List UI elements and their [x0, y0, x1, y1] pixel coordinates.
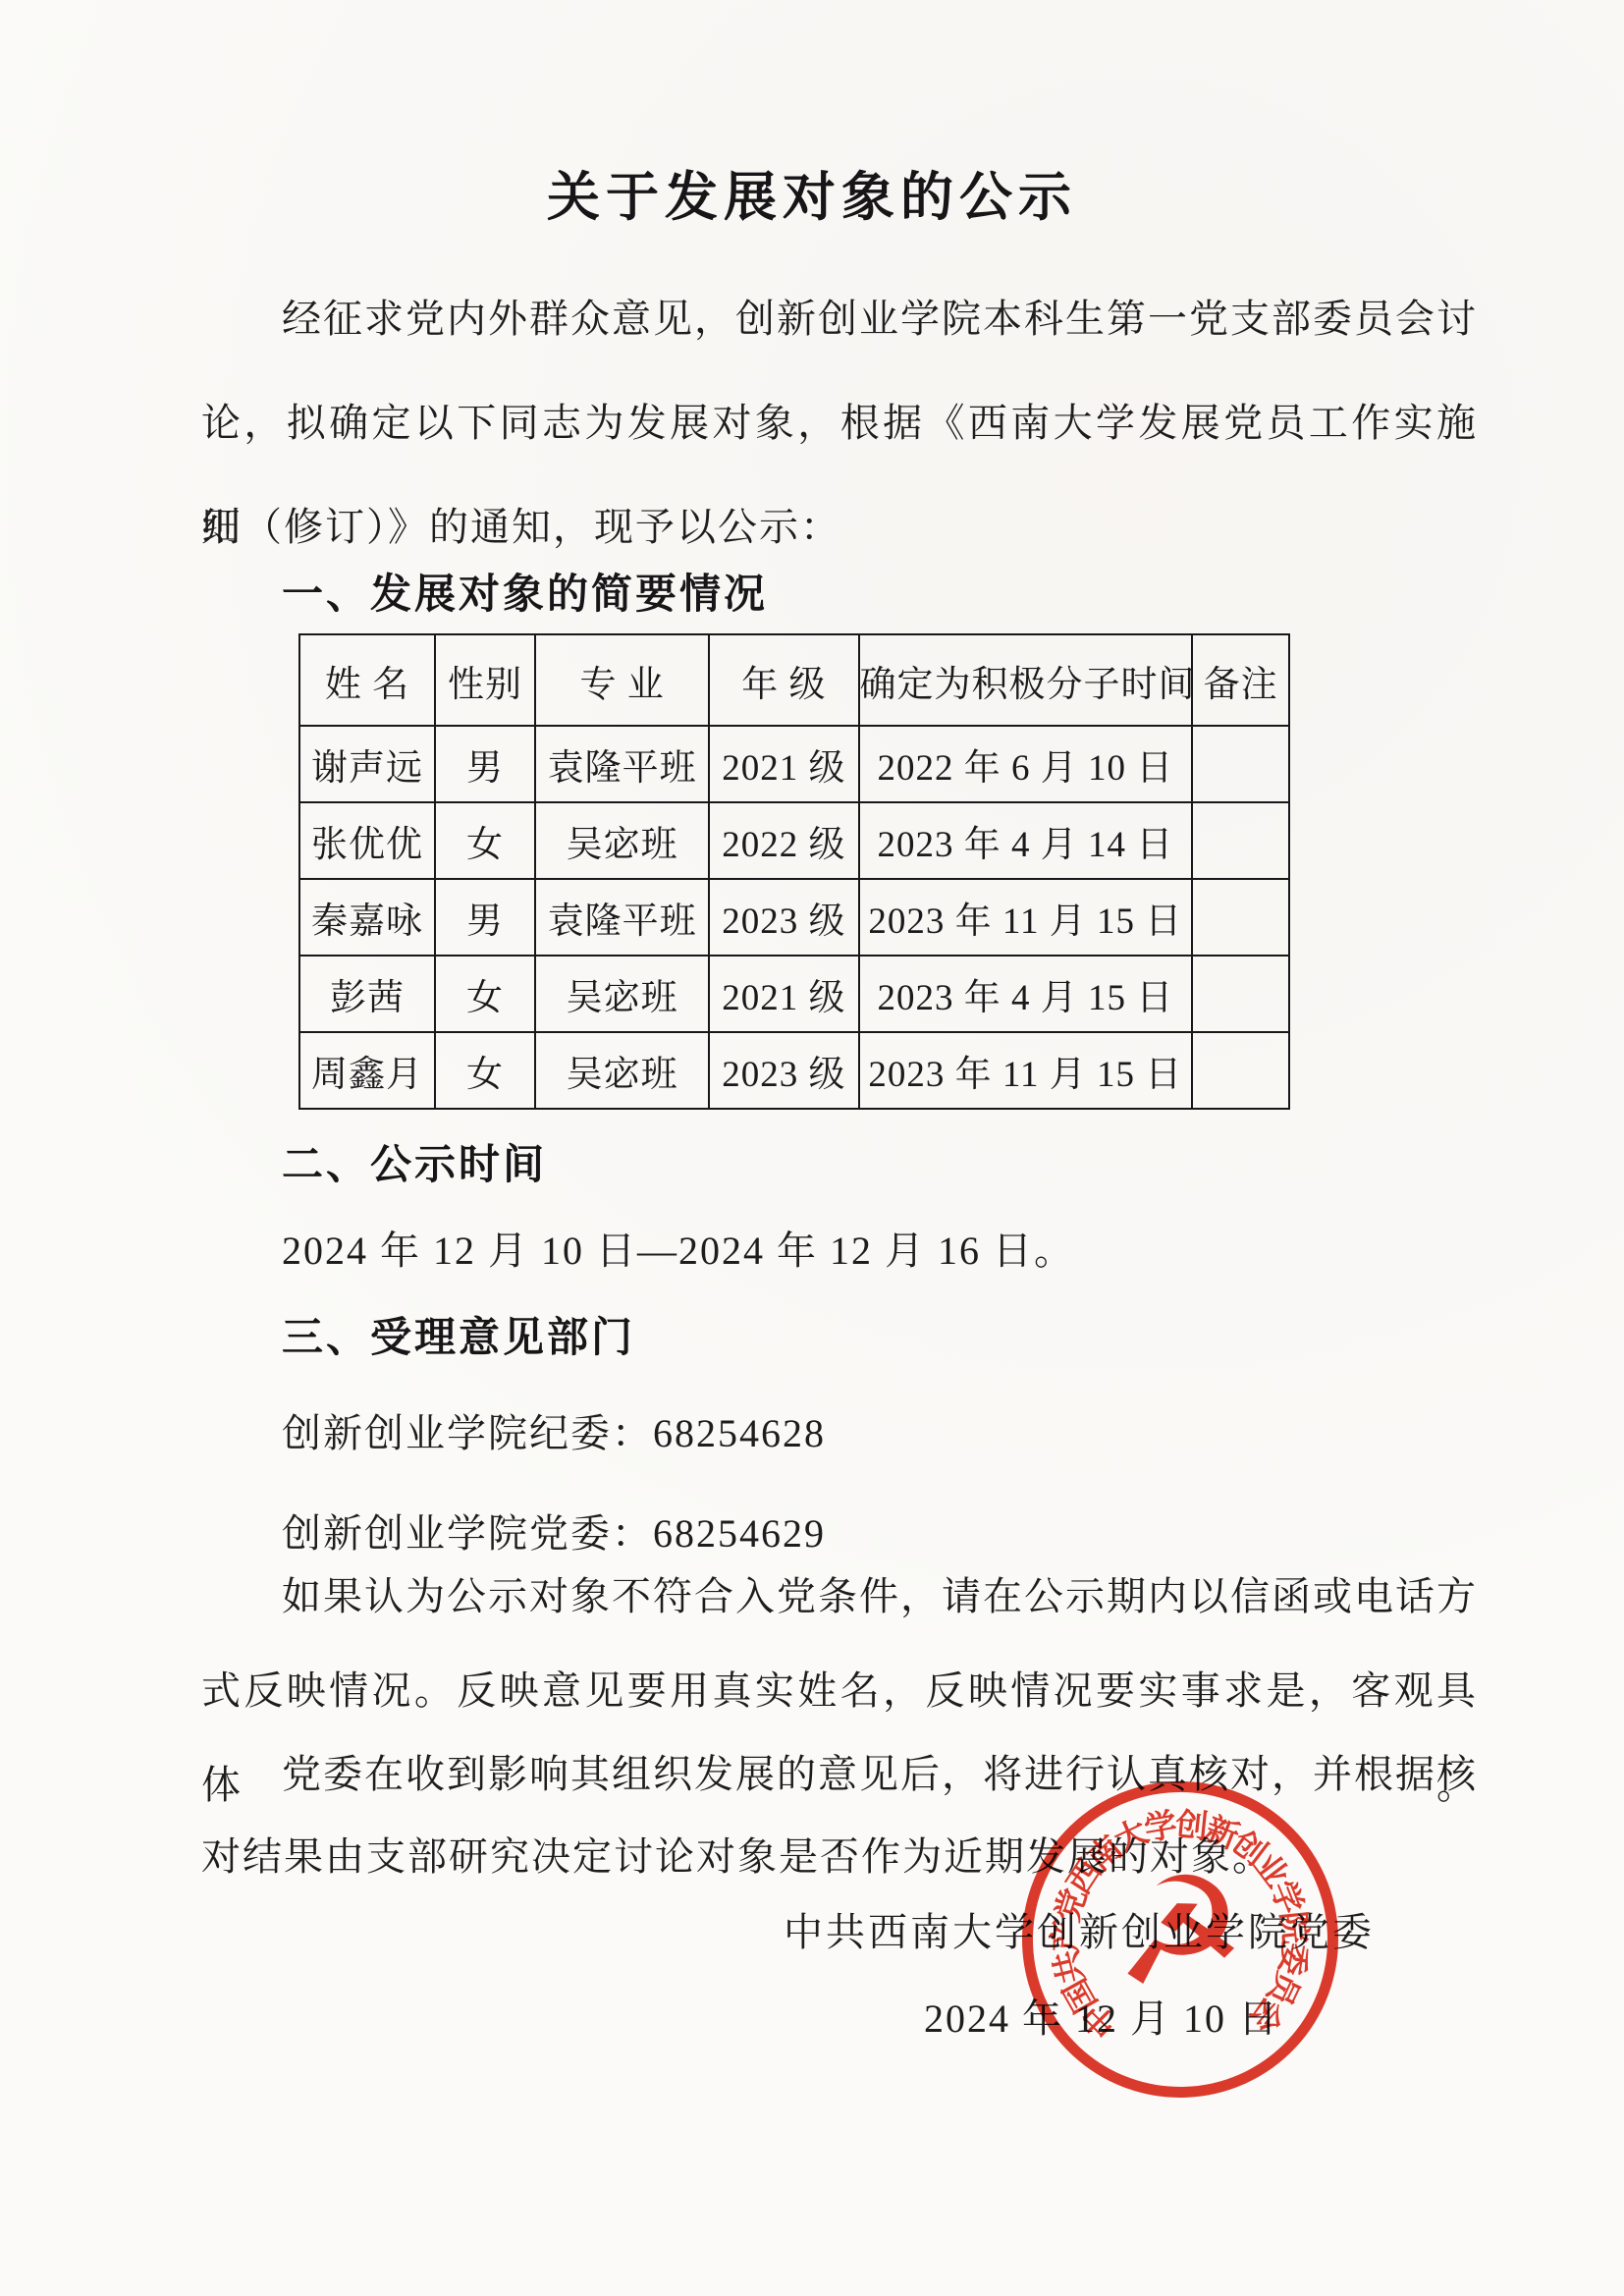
activist-date-cell: 2023 年 4 月 14 日: [859, 802, 1193, 879]
name-cell: 张优优: [299, 802, 435, 879]
section-1-heading: 一、发展对象的简要情况: [201, 567, 1478, 622]
remark-cell: [1192, 879, 1289, 956]
document-title: 关于发展对象的公示: [174, 155, 1450, 231]
feedback-line-1: 如果认为公示对象不符合入党条件，请在公示期内以信函或电话方: [201, 1550, 1478, 1644]
activist-date-cell: 2023 年 11 月 15 日: [859, 1032, 1193, 1109]
column-header: 姓 名: [299, 634, 435, 726]
table-row: 张优优 女 吴宓班 2022 级 2023 年 4 月 14 日: [299, 802, 1289, 879]
name-cell: 彭茜: [299, 956, 435, 1032]
section-2-heading: 二、公示时间: [201, 1137, 1478, 1192]
table-row: 秦嘉咏 男 袁隆平班 2023 级 2023 年 11 月 15 日: [299, 879, 1289, 956]
grade-cell: 2023 级: [709, 1032, 858, 1109]
remark-cell: [1192, 802, 1289, 879]
intro-line-2: 论，拟确定以下同志为发展对象，根据《西南大学发展党员工作实施细: [201, 371, 1478, 475]
major-cell: 袁隆平班: [535, 726, 709, 802]
gender-cell: 男: [435, 879, 535, 956]
feedback-paragraph: 如果认为公示对象不符合入党条件，请在公示期内以信函或电话方 式反映情况。反映意见…: [201, 1550, 1478, 1738]
publicity-period: 2024 年 12 月 10 日—2024 年 12 月 16 日。: [201, 1224, 1478, 1279]
activist-date-cell: 2023 年 11 月 15 日: [859, 879, 1193, 956]
major-cell: 袁隆平班: [535, 879, 709, 956]
grade-cell: 2022 级: [709, 802, 858, 879]
column-header: 年 级: [709, 634, 858, 726]
grade-cell: 2021 级: [709, 956, 858, 1032]
discipline-committee-phone: 创新创业学院纪委：68254628: [201, 1406, 1478, 1461]
candidates-table: 姓 名性别专 业年 级确定为积极分子时间备注 谢声远 男 袁隆平班 2021 级…: [298, 633, 1290, 1110]
table-header-row: 姓 名性别专 业年 级确定为积极分子时间备注: [299, 634, 1289, 726]
grade-cell: 2023 级: [709, 879, 858, 956]
gender-cell: 女: [435, 802, 535, 879]
feedback-line-2: 式反映情况。反映意见要用真实姓名，反映情况要实事求是，客观具体。: [201, 1644, 1478, 1738]
intro-paragraph: 经征求党内外群众意见，创新创业学院本科生第一党支部委员会讨 论，拟确定以下同志为…: [201, 267, 1478, 579]
gender-cell: 男: [435, 726, 535, 802]
name-cell: 周鑫月: [299, 1032, 435, 1109]
name-cell: 谢声远: [299, 726, 435, 802]
section-3-heading: 三、受理意见部门: [201, 1310, 1478, 1365]
major-cell: 吴宓班: [535, 802, 709, 879]
gender-cell: 女: [435, 1032, 535, 1109]
verification-line-1: 党委在收到影响其组织发展的意见后，将进行认真核对，并根据核: [201, 1733, 1478, 1816]
major-cell: 吴宓班: [535, 1032, 709, 1109]
grade-cell: 2021 级: [709, 726, 858, 802]
activist-date-cell: 2023 年 4 月 15 日: [859, 956, 1193, 1032]
table-row: 周鑫月 女 吴宓班 2023 级 2023 年 11 月 15 日: [299, 1032, 1289, 1109]
remark-cell: [1192, 956, 1289, 1032]
table-row: 彭茜 女 吴宓班 2021 级 2023 年 4 月 15 日: [299, 956, 1289, 1032]
column-header: 专 业: [535, 634, 709, 726]
column-header: 确定为积极分子时间: [859, 634, 1193, 726]
party-emblem-icon: ☭: [1111, 1856, 1249, 2008]
column-header: 备注: [1192, 634, 1289, 726]
intro-line-3: 则（修订）》的通知，现予以公示：: [201, 475, 1478, 579]
column-header: 性别: [435, 634, 535, 726]
major-cell: 吴宓班: [535, 956, 709, 1032]
remark-cell: [1192, 726, 1289, 802]
activist-date-cell: 2022 年 6 月 10 日: [859, 726, 1193, 802]
document-page: 关于发展对象的公示 经征求党内外群众意见，创新创业学院本科生第一党支部委员会讨 …: [0, 0, 1624, 2296]
remark-cell: [1192, 1032, 1289, 1109]
gender-cell: 女: [435, 956, 535, 1032]
intro-line-1: 经征求党内外群众意见，创新创业学院本科生第一党支部委员会讨: [201, 267, 1478, 371]
name-cell: 秦嘉咏: [299, 879, 435, 956]
table-row: 谢声远 男 袁隆平班 2021 级 2022 年 6 月 10 日: [299, 726, 1289, 802]
